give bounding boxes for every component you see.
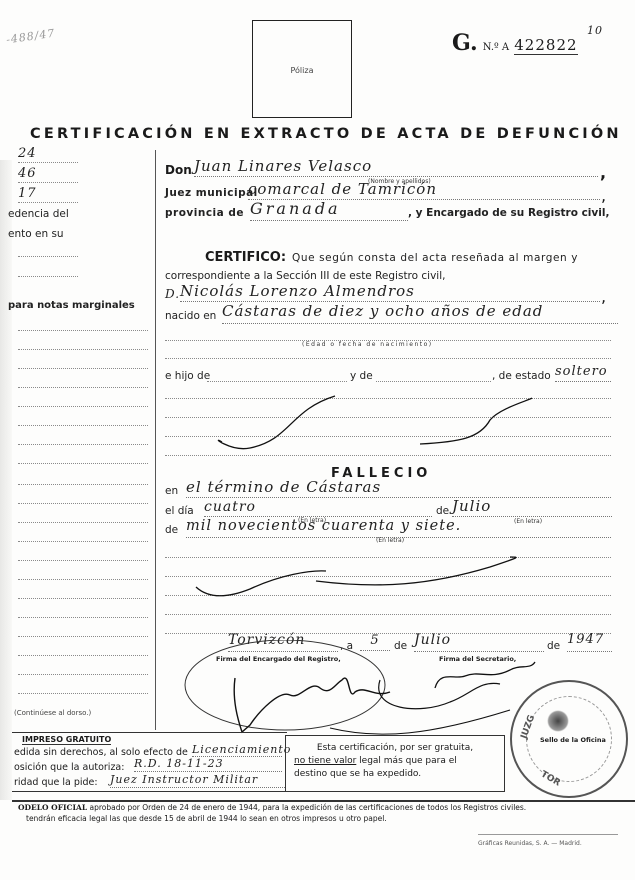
seal-caption: Sello de la Oficina	[540, 736, 606, 744]
poliza-stamp-box: Póliza	[252, 20, 352, 118]
margin-entry-1: 24	[18, 146, 78, 161]
gratuito-line1-value: Licenciamiento	[192, 743, 282, 757]
gratuito-legal-note: Esta certificación, por ser gratuita, no…	[285, 735, 505, 792]
provincia-value: Granada	[250, 199, 408, 221]
gratuito-line2-label: osición que la autoriza:	[14, 762, 124, 773]
fallecio-month: Julio	[452, 497, 612, 517]
blank-line-cancel-stroke-1	[110, 390, 630, 465]
margin-fragment-1: edencia del	[8, 208, 69, 220]
juez-label: Juez municipal	[165, 187, 258, 199]
footer-line1: aprobado por Orden de 24 de enero de 194…	[87, 803, 526, 812]
gratuito-line3-label: ridad que la pide:	[14, 777, 98, 788]
gratuito-line2-value: R.D. 18-11-23	[134, 757, 282, 772]
nacido-label: nacido en	[165, 310, 216, 322]
serial-number: G. N.º A 422822 10	[452, 30, 578, 56]
fallecio-place: el término de Cástaras	[186, 478, 611, 498]
serial-label: N.º A	[483, 42, 509, 53]
gratuito-heading: IMPRESO GRATUITO	[22, 735, 111, 745]
page-edge	[0, 160, 12, 800]
estado-value: soltero	[555, 364, 611, 382]
corner-note: -488/47	[5, 27, 56, 47]
fallecio-year-de-label: de	[165, 524, 178, 536]
impreso-gratuito-box: IMPRESO GRATUITO edida sin derechos, al …	[12, 732, 287, 792]
footer-modelo-label: ODELO OFICIAL	[18, 803, 87, 812]
estado-label: , de estado	[492, 370, 551, 382]
continue-note: (Continúese al dorso.)	[14, 709, 91, 717]
nacido-value: Cástaras de diez y ocho años de edad	[222, 302, 618, 324]
signing-year: 1947	[567, 632, 612, 652]
signing-de-label-2: de	[547, 640, 560, 652]
fallecio-year: mil novecientos cuarenta y siete.	[186, 518, 611, 538]
gratuito-line3-value: Juez Instructor Militar	[110, 773, 285, 788]
encargado-text: , y Encargado de su Registro civil,	[408, 207, 609, 219]
printer-credit: Gráficas Reunidas, S. A. — Madrid.	[478, 840, 582, 847]
hijo-label: e hijo de	[165, 370, 210, 382]
certifico-intro-line1: Que según consta del acta reseñada al ma…	[292, 252, 578, 264]
poliza-label: Póliza	[253, 66, 351, 75]
certifico-intro-line2: correspondiente a la Sección III de este…	[165, 270, 445, 282]
blank-line-cancel-stroke-2	[190, 555, 590, 625]
fallecio-year-caption: (En letra)	[376, 537, 404, 544]
deceased-name: Nicolás Lorenzo Almendros	[180, 282, 600, 302]
office-seal: Sello de la Oficina JUZG TOR	[510, 680, 628, 798]
footer-text: ODELO OFICIAL aprobado por Orden de 24 d…	[18, 802, 526, 824]
y-de-label: y de	[350, 370, 373, 382]
fallecio-day: cuatro	[204, 499, 432, 517]
serial-annotation: 10	[587, 24, 603, 37]
margin-notes-heading: para notas marginales	[8, 300, 135, 311]
edad-caption: (Edad o fecha de nacimiento)	[302, 341, 433, 348]
margin-entry-2: 46	[18, 166, 78, 181]
footer-line2: tendrán eficacia legal las que desde 15 …	[18, 813, 526, 824]
margin-entry-3: 17	[18, 186, 78, 201]
note-line-2: legal más que para el	[356, 756, 456, 766]
note-line-1: Esta certificación, por ser gratuita,	[294, 742, 496, 755]
serial-value: 422822	[514, 36, 577, 55]
don-label: Don	[165, 163, 192, 177]
note-underlined: no tiene valor	[294, 756, 356, 766]
serial-prefix: G.	[452, 30, 478, 56]
margin-fragment-2: ento en su	[8, 228, 64, 240]
juez-value: comarcal de Tamricón	[248, 180, 600, 200]
document-title: CERTIFICACIÓN EN EXTRACTO DE ACTA DE DEF…	[30, 126, 622, 142]
certifico-heading: CERTIFICO:	[205, 250, 286, 265]
note-line-3: destino que se ha expedido.	[294, 768, 496, 781]
provincia-label: provincia de	[165, 207, 244, 219]
fallecio-de-label: de	[436, 505, 449, 517]
fallecio-en-label: en	[165, 485, 178, 497]
fallecio-dia-label: el día	[165, 505, 194, 517]
coat-of-arms-icon	[547, 710, 569, 732]
don-value: Juan Linares Velasco	[194, 157, 598, 177]
deceased-prefix: D.	[165, 287, 180, 301]
